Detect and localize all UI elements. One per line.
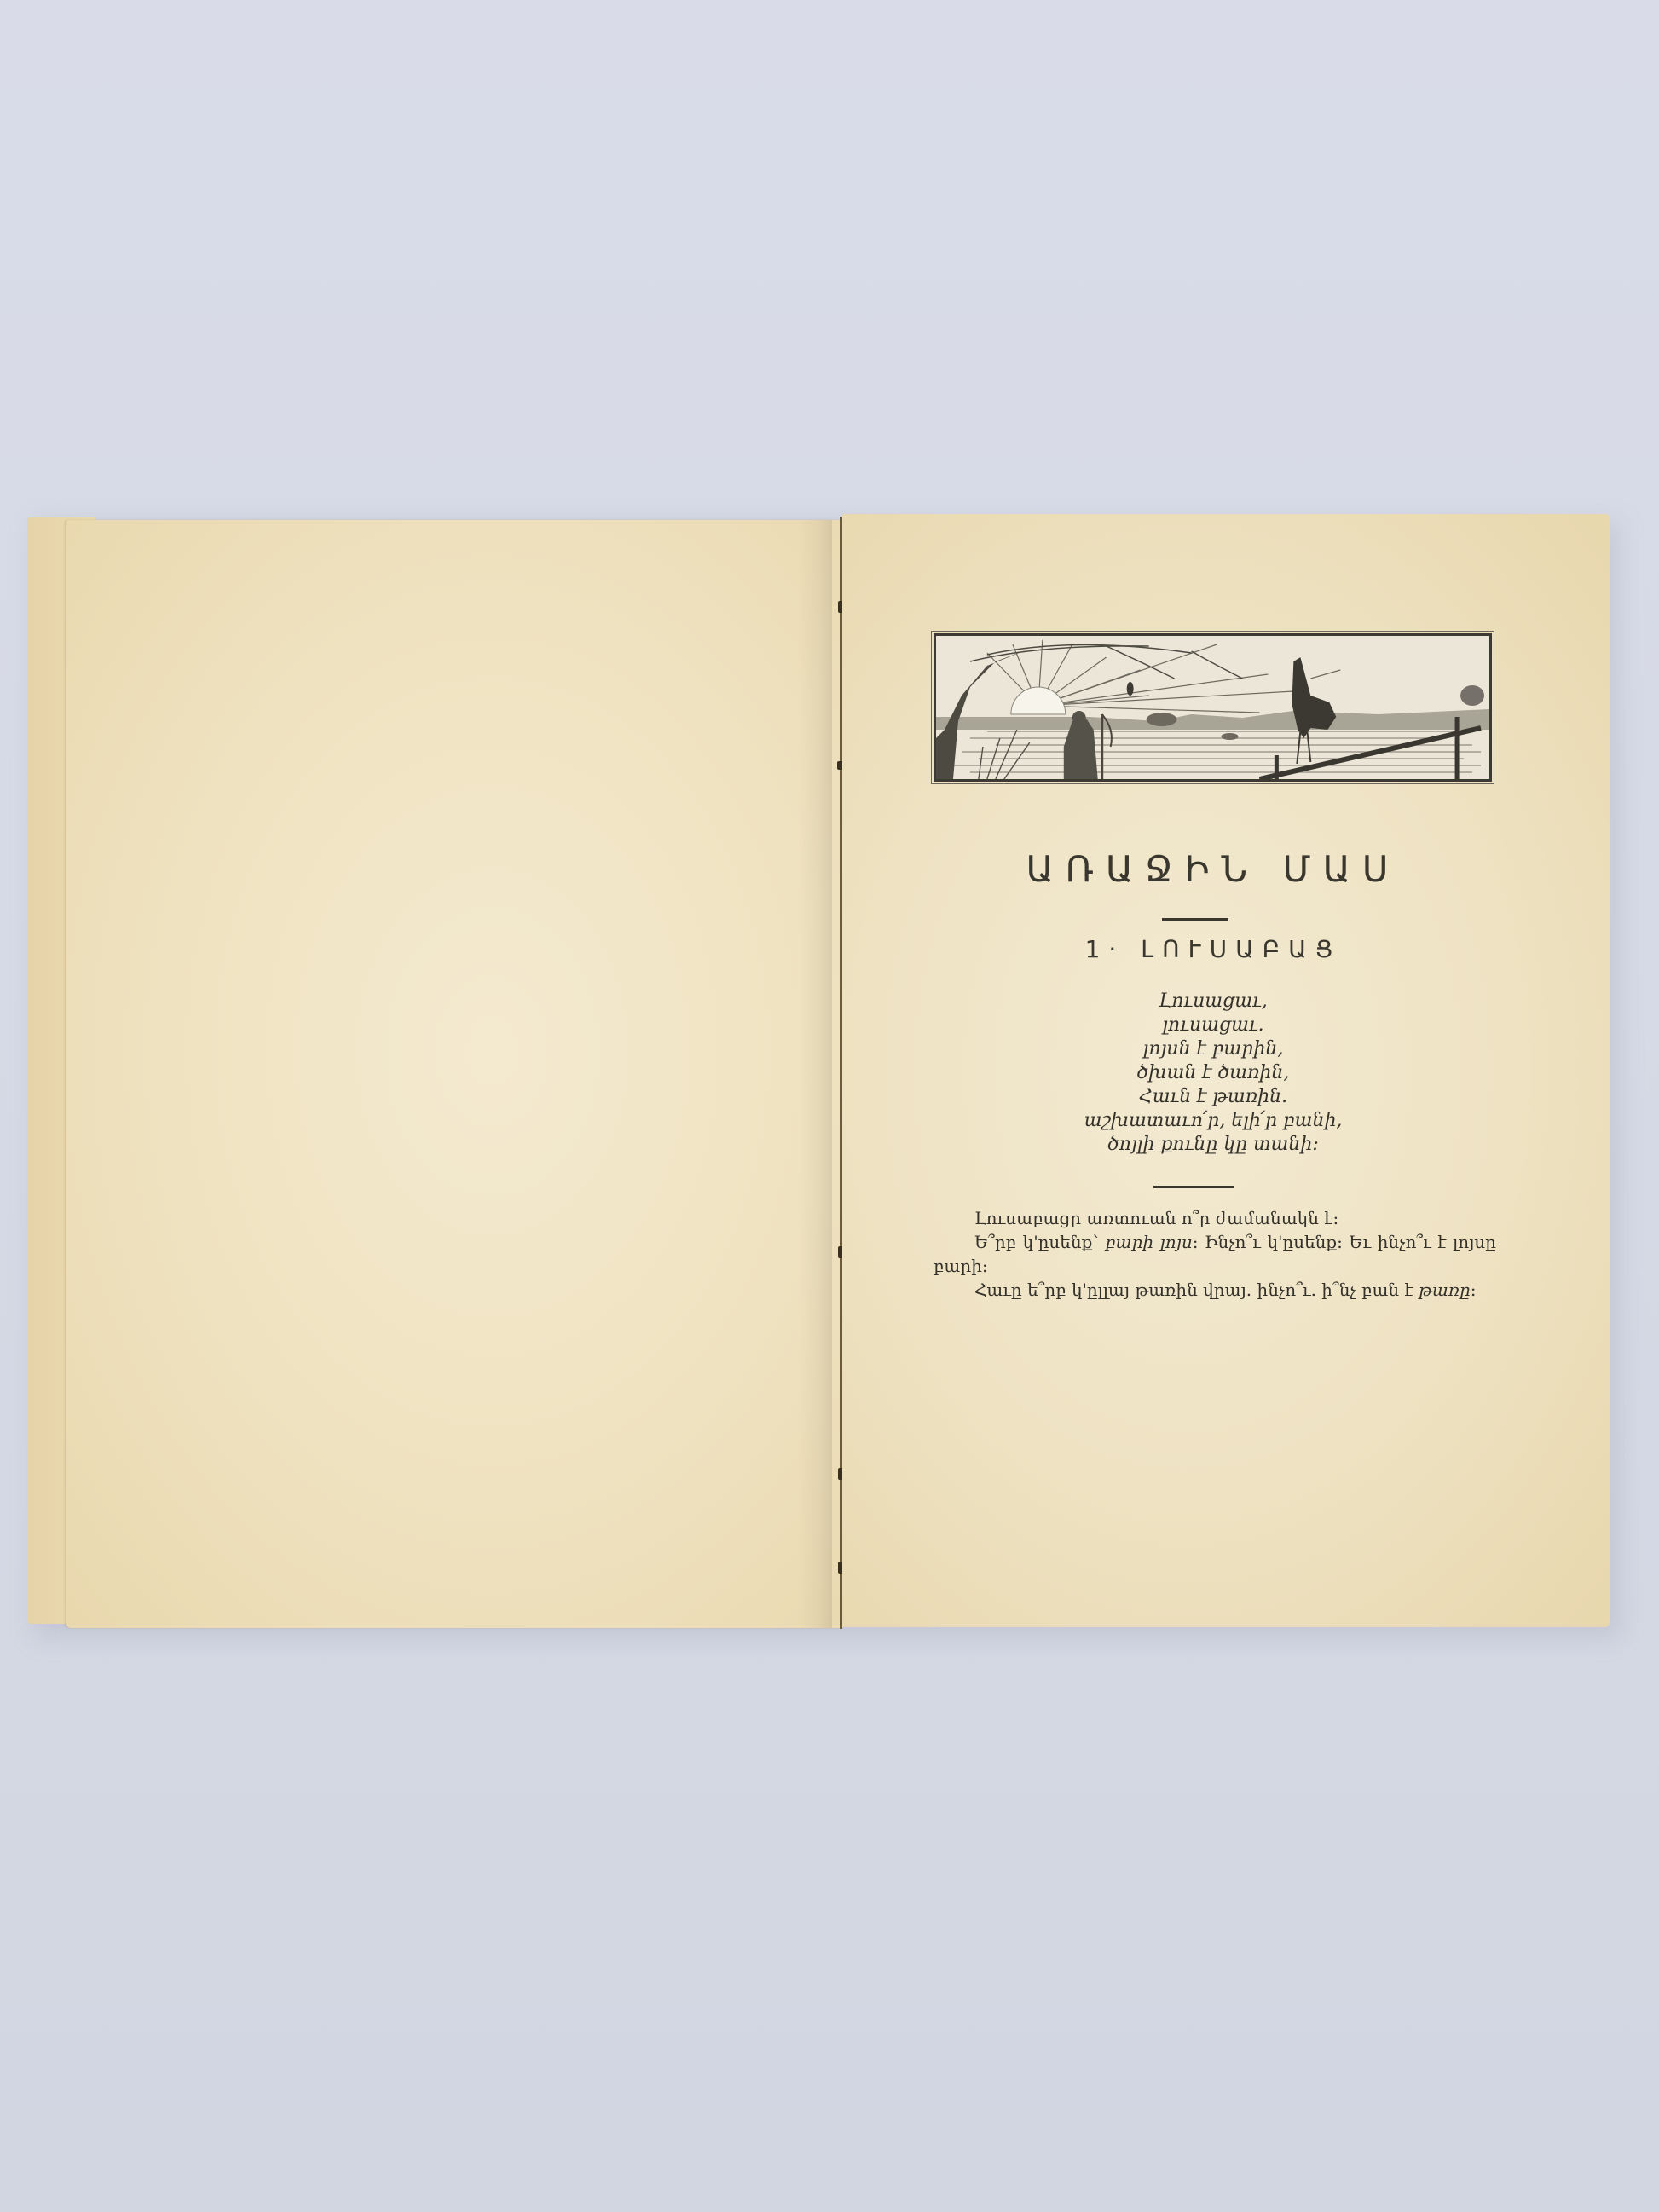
chapter-title: ԼՈՒՍԱԲԱՑ xyxy=(1141,935,1341,963)
questions-block: Լուսաբացը առտուան ո՞ր ժամանակն է: Ե՞րբ կ… xyxy=(934,1206,1496,1302)
poem-divider xyxy=(1153,1186,1234,1188)
left-page-fold-shading xyxy=(798,520,832,1628)
right-page: ԱՌԱՋԻՆ ՄԱՍ 1· ԼՈՒՍԱԲԱՑ Լուսացաւ, լուսացա… xyxy=(842,514,1610,1627)
poem: Լուսացաւ, լուսացաւ. լոյսն է բարին, ծխան … xyxy=(842,990,1584,1157)
poem-line: լոյսն է բարին, xyxy=(842,1037,1584,1061)
part-title: ԱՌԱՋԻՆ ՄԱՍ xyxy=(842,848,1584,890)
poem-line: ծխան է ծառին, xyxy=(842,1061,1584,1085)
poem-line: Հաւն է թառին. xyxy=(842,1085,1584,1109)
question-2: Ե՞րբ կ'ըսենք՝ բարի լոյս: Ինչո՞ւ կ'ըսենք:… xyxy=(934,1230,1496,1278)
question-1: Լուսաբացը առտուան ո՞ր ժամանակն է: xyxy=(934,1206,1496,1230)
chapter-number: 1· xyxy=(1085,935,1125,963)
left-page xyxy=(66,520,841,1628)
poem-line: Լուսացաւ, xyxy=(842,990,1584,1014)
poem-line: ծոյլի քունը կը տանի: xyxy=(842,1133,1584,1157)
engraving-image xyxy=(936,636,1489,779)
chapter-heading: 1· ԼՈՒՍԱԲԱՑ xyxy=(842,935,1584,963)
poem-line: աշխատաւո՛ր, ելի՛ր բանի, xyxy=(842,1109,1584,1133)
sunrise-rooster-engraving xyxy=(934,633,1492,782)
title-divider xyxy=(1162,918,1228,921)
poem-line: լուսացաւ. xyxy=(842,1014,1584,1037)
question-3: Հաւը ե՞րբ կ'ըլլայ թառին վրայ. ինչո՞ւ. ի՞… xyxy=(934,1278,1496,1302)
